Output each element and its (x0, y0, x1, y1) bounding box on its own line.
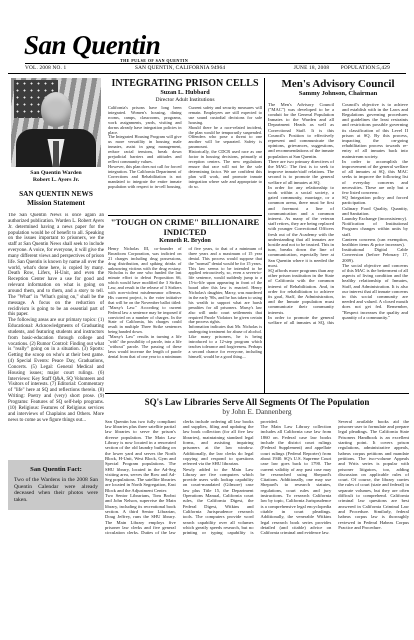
volume-number: VOL. 2008 NO. 1 (25, 65, 66, 71)
right-column: Men's Advisory Council Sammy Johnson, Ch… (268, 79, 408, 390)
masthead-rule-bottom (8, 73, 406, 75)
byline-law-libraries: by John E. Dannenberg (105, 407, 409, 416)
location-line: SAN QUENTIN, CALIFORNIA 94964 (135, 65, 225, 71)
article-body-law-libraries: San Quentin has two fully compliant law … (105, 419, 409, 615)
byline-integrating: Suzan L. Hubbard (108, 89, 262, 97)
warden-figure-head (41, 92, 71, 127)
date-population: JUNE 18, 2008 POPULATION:5,429 (294, 65, 390, 71)
column-divider-rule (264, 78, 265, 393)
bottom-section: SQ's Law Libraries Serve All Segments Of… (105, 393, 409, 615)
photo-caption: San Quentin Warden Robert L. Ayers Jr. (8, 170, 104, 183)
left-column: San Quentin Warden Robert L. Ayers Jr. S… (8, 78, 104, 510)
article-headline-law-libraries: SQ's Law Libraries Serve All Segments Of… (105, 397, 409, 407)
article-headline-billionaire: "TOUGH ON CRIME" BILLIONAIRE INDICTED (108, 218, 262, 237)
fact-box-body: Two of the Wardens in the 2008 San Quent… (14, 477, 98, 503)
population-count: POPULATION:5,429 (341, 65, 390, 71)
mission-heading-line2: Mission Statement (8, 199, 104, 207)
article-divider-rule (108, 215, 262, 216)
photo-caption-line1: San Quentin Warden (8, 170, 104, 177)
dateline: VOL. 2008 NO. 1 SAN QUENTIN, CALIFORNIA … (25, 65, 390, 71)
masthead-title: San Quentin (24, 30, 160, 61)
fact-box-heading: San Quentin Fact: (14, 466, 98, 473)
middle-column: INTEGRATING PRISON CELLS Suzan L. Hubbar… (108, 78, 262, 393)
mission-statement-body: The San Quentin News is once again an au… (8, 213, 104, 453)
fact-box: San Quentin Fact: Two of the Wardens in … (8, 460, 104, 510)
warden-figure-tie (53, 141, 59, 167)
article-body-mac: The Men's Advisory Council ("MAC") was d… (268, 102, 408, 390)
warden-photo (11, 78, 101, 167)
bottom-section-rule (105, 393, 409, 394)
byline-mac: Sammy Johnson, Chairman (268, 90, 408, 98)
newspaper-page: San Quentin THE PULSE OF SAN QUENTIN VOL… (0, 0, 414, 640)
byline-billionaire: Kenneth R. Brydon (108, 237, 262, 245)
photo-caption-line2: Robert L. Ayers Jr. (8, 177, 104, 184)
byline2-integrating: Director Adult Institutions (108, 97, 262, 104)
issue-date: JUNE 18, 2008 (294, 65, 329, 71)
masthead-tagline: THE PULSE OF SAN QUENTIN (120, 58, 188, 63)
article-headline-integrating: INTEGRATING PRISON CELLS (108, 78, 262, 89)
article-body-integrating: California's prisons have long been inte… (108, 106, 262, 213)
mission-statement-heading: SAN QUENTIN NEWS Mission Statement (8, 190, 104, 207)
article-body-billionaire: Henry Nicholas III, co-founder of Broadc… (108, 247, 262, 393)
article-headline-mac: Men's Advisory Council (268, 79, 408, 90)
